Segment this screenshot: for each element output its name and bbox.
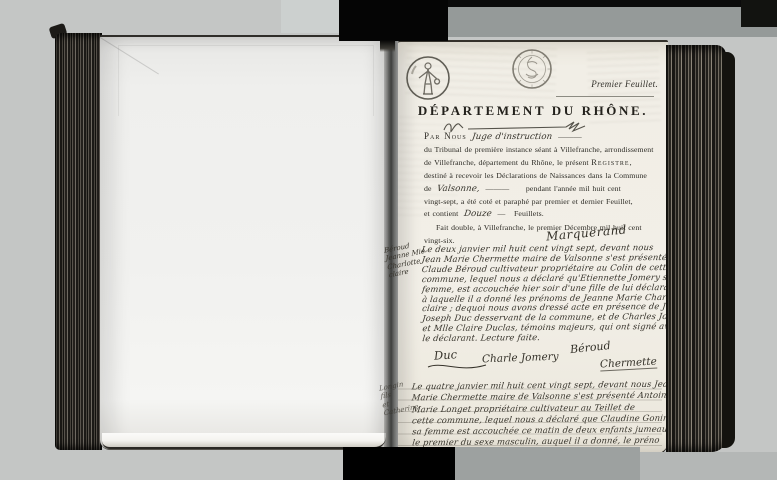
scan-artifact-gray [455, 447, 640, 480]
par-nous-label: Par Nous [424, 131, 467, 141]
scan-artifact-black [741, 0, 777, 27]
signature-jomery: Charle Jomery [482, 351, 559, 366]
justice-figure-stamp-icon [404, 54, 452, 102]
form-line: Feuillets. [514, 209, 544, 218]
scan-artifact-black [448, 0, 777, 7]
form-line: du Tribunal de première instance séant à… [424, 144, 668, 157]
judge-handwritten: Juge d'instruction [471, 131, 553, 144]
form-line: , [630, 158, 632, 167]
right-cover-edge [722, 52, 735, 448]
page-title: DÉPARTEMENT DU RHÔNE. [398, 103, 668, 119]
scan-artifact-gray [640, 452, 777, 480]
right-page-stack [666, 45, 726, 452]
birth-act-entry1: Le deux janvier mil huit cent vingt sept… [422, 243, 673, 344]
scanned-register-page: Premier Feuillet. DÉPARTEMENT DU RHÔNE. … [0, 0, 777, 480]
form-line: et contient [424, 209, 458, 218]
header-rule [556, 96, 654, 97]
page-seam [118, 45, 374, 116]
right-page: Premier Feuillet. DÉPARTEMENT DU RHÔNE. … [398, 40, 668, 456]
form-line: destiné à recevoir les Déclarations de N… [424, 170, 668, 183]
scan-artifact-black [339, 0, 448, 41]
form-dash: ——— [486, 184, 510, 193]
form-line: vingt-sept, a été coté et paraphé par pr… [424, 196, 668, 209]
signature-chermette: Chermette [600, 356, 657, 372]
feuillet-label: Premier Feuillet. [558, 79, 658, 89]
form-dash: ——— [558, 132, 582, 141]
left-page-stack [55, 33, 102, 450]
scan-artifact-black [380, 40, 395, 52]
birth-act-entry2: Le quatre janvier mil huit cent vingt se… [412, 379, 669, 449]
form-line: de [424, 184, 432, 193]
form-dash: — [497, 209, 505, 218]
act-line: le déclarant. Lecture faite. [422, 332, 673, 344]
round-seal-stamp-icon [510, 47, 554, 91]
scan-artifact-gray [281, 0, 339, 33]
registre-label: Registre [591, 158, 629, 167]
form-line: de Villefranche, département du Rhône, l… [424, 158, 589, 167]
scan-artifact-gray [448, 7, 777, 37]
signature-beroud: Béroud [569, 339, 611, 356]
left-page-blank [100, 35, 388, 450]
form-line: pendant l'année mil huit cent [526, 184, 621, 193]
commune-handwritten: Valsonne, [436, 183, 480, 196]
count-handwritten: Douze [463, 208, 493, 221]
scan-artifact-black [343, 447, 455, 480]
printed-form-paragraph: Par Nous Juge d'instruction ——— du Tribu… [424, 130, 668, 221]
